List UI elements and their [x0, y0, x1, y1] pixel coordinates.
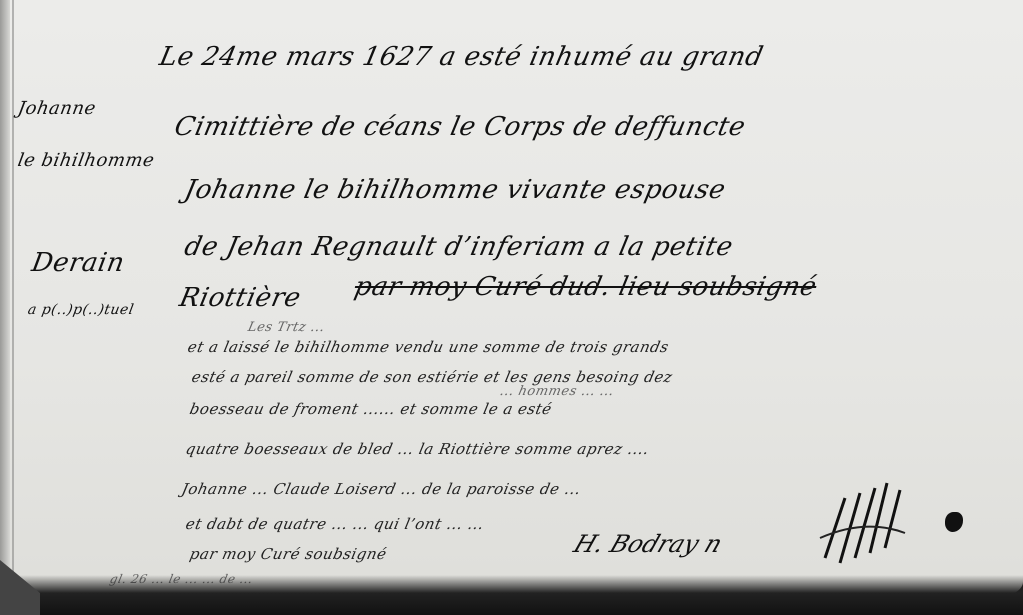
margin-rule	[12, 0, 14, 590]
margin-note-name-3: Derain	[29, 248, 127, 278]
entry-line-9: quatre boesseaux de bled ... la Riottièr…	[184, 440, 651, 458]
margin-note-name-2: le bihilhomme	[16, 150, 156, 171]
entry-line-6: et a laissé le bihilhomme vendu une somm…	[186, 338, 670, 356]
entry-line-12: par moy Curé soubsigné	[188, 545, 388, 563]
entry-line-5b-struck: par moy Curé dud. lieu soubsigné	[352, 272, 820, 302]
signature-flourish-icon	[815, 478, 915, 568]
entry-line-1: Le 24me mars 1627 a esté inhumé au grand	[157, 42, 766, 72]
scan-bottom-shadow	[0, 575, 1023, 615]
interlinear-note-1: Les Trtz ...	[246, 320, 326, 335]
page-binding-edge	[0, 0, 10, 600]
entry-line-5a: Riottière	[177, 283, 304, 313]
entry-line-2: Cimittière de céans le Corps de deffunct…	[172, 112, 748, 142]
ink-blot	[945, 512, 963, 532]
margin-note-name-4: a p(..)p(..)tuel	[27, 302, 136, 318]
entry-line-8: boesseau de froment ...... et somme le a…	[188, 400, 554, 418]
signature: H. Bodray n	[570, 530, 726, 558]
manuscript-page: Johanne le bihilhomme Derain a p(..)p(..…	[0, 0, 1023, 600]
margin-note-name-1: Johanne	[16, 98, 97, 119]
entry-line-3: Johanne le bihilhomme vivante espouse	[182, 175, 729, 205]
interlinear-note-2: ... hommes ... ...	[498, 384, 615, 399]
entry-line-10: Johanne ... Claude Loiserd ... de la par…	[180, 480, 583, 498]
entry-line-4: de Jehan Regnault d’inferiam a la petite	[182, 232, 736, 262]
entry-line-11: et dabt de quatre ... ... qui l’ont ... …	[184, 515, 486, 533]
